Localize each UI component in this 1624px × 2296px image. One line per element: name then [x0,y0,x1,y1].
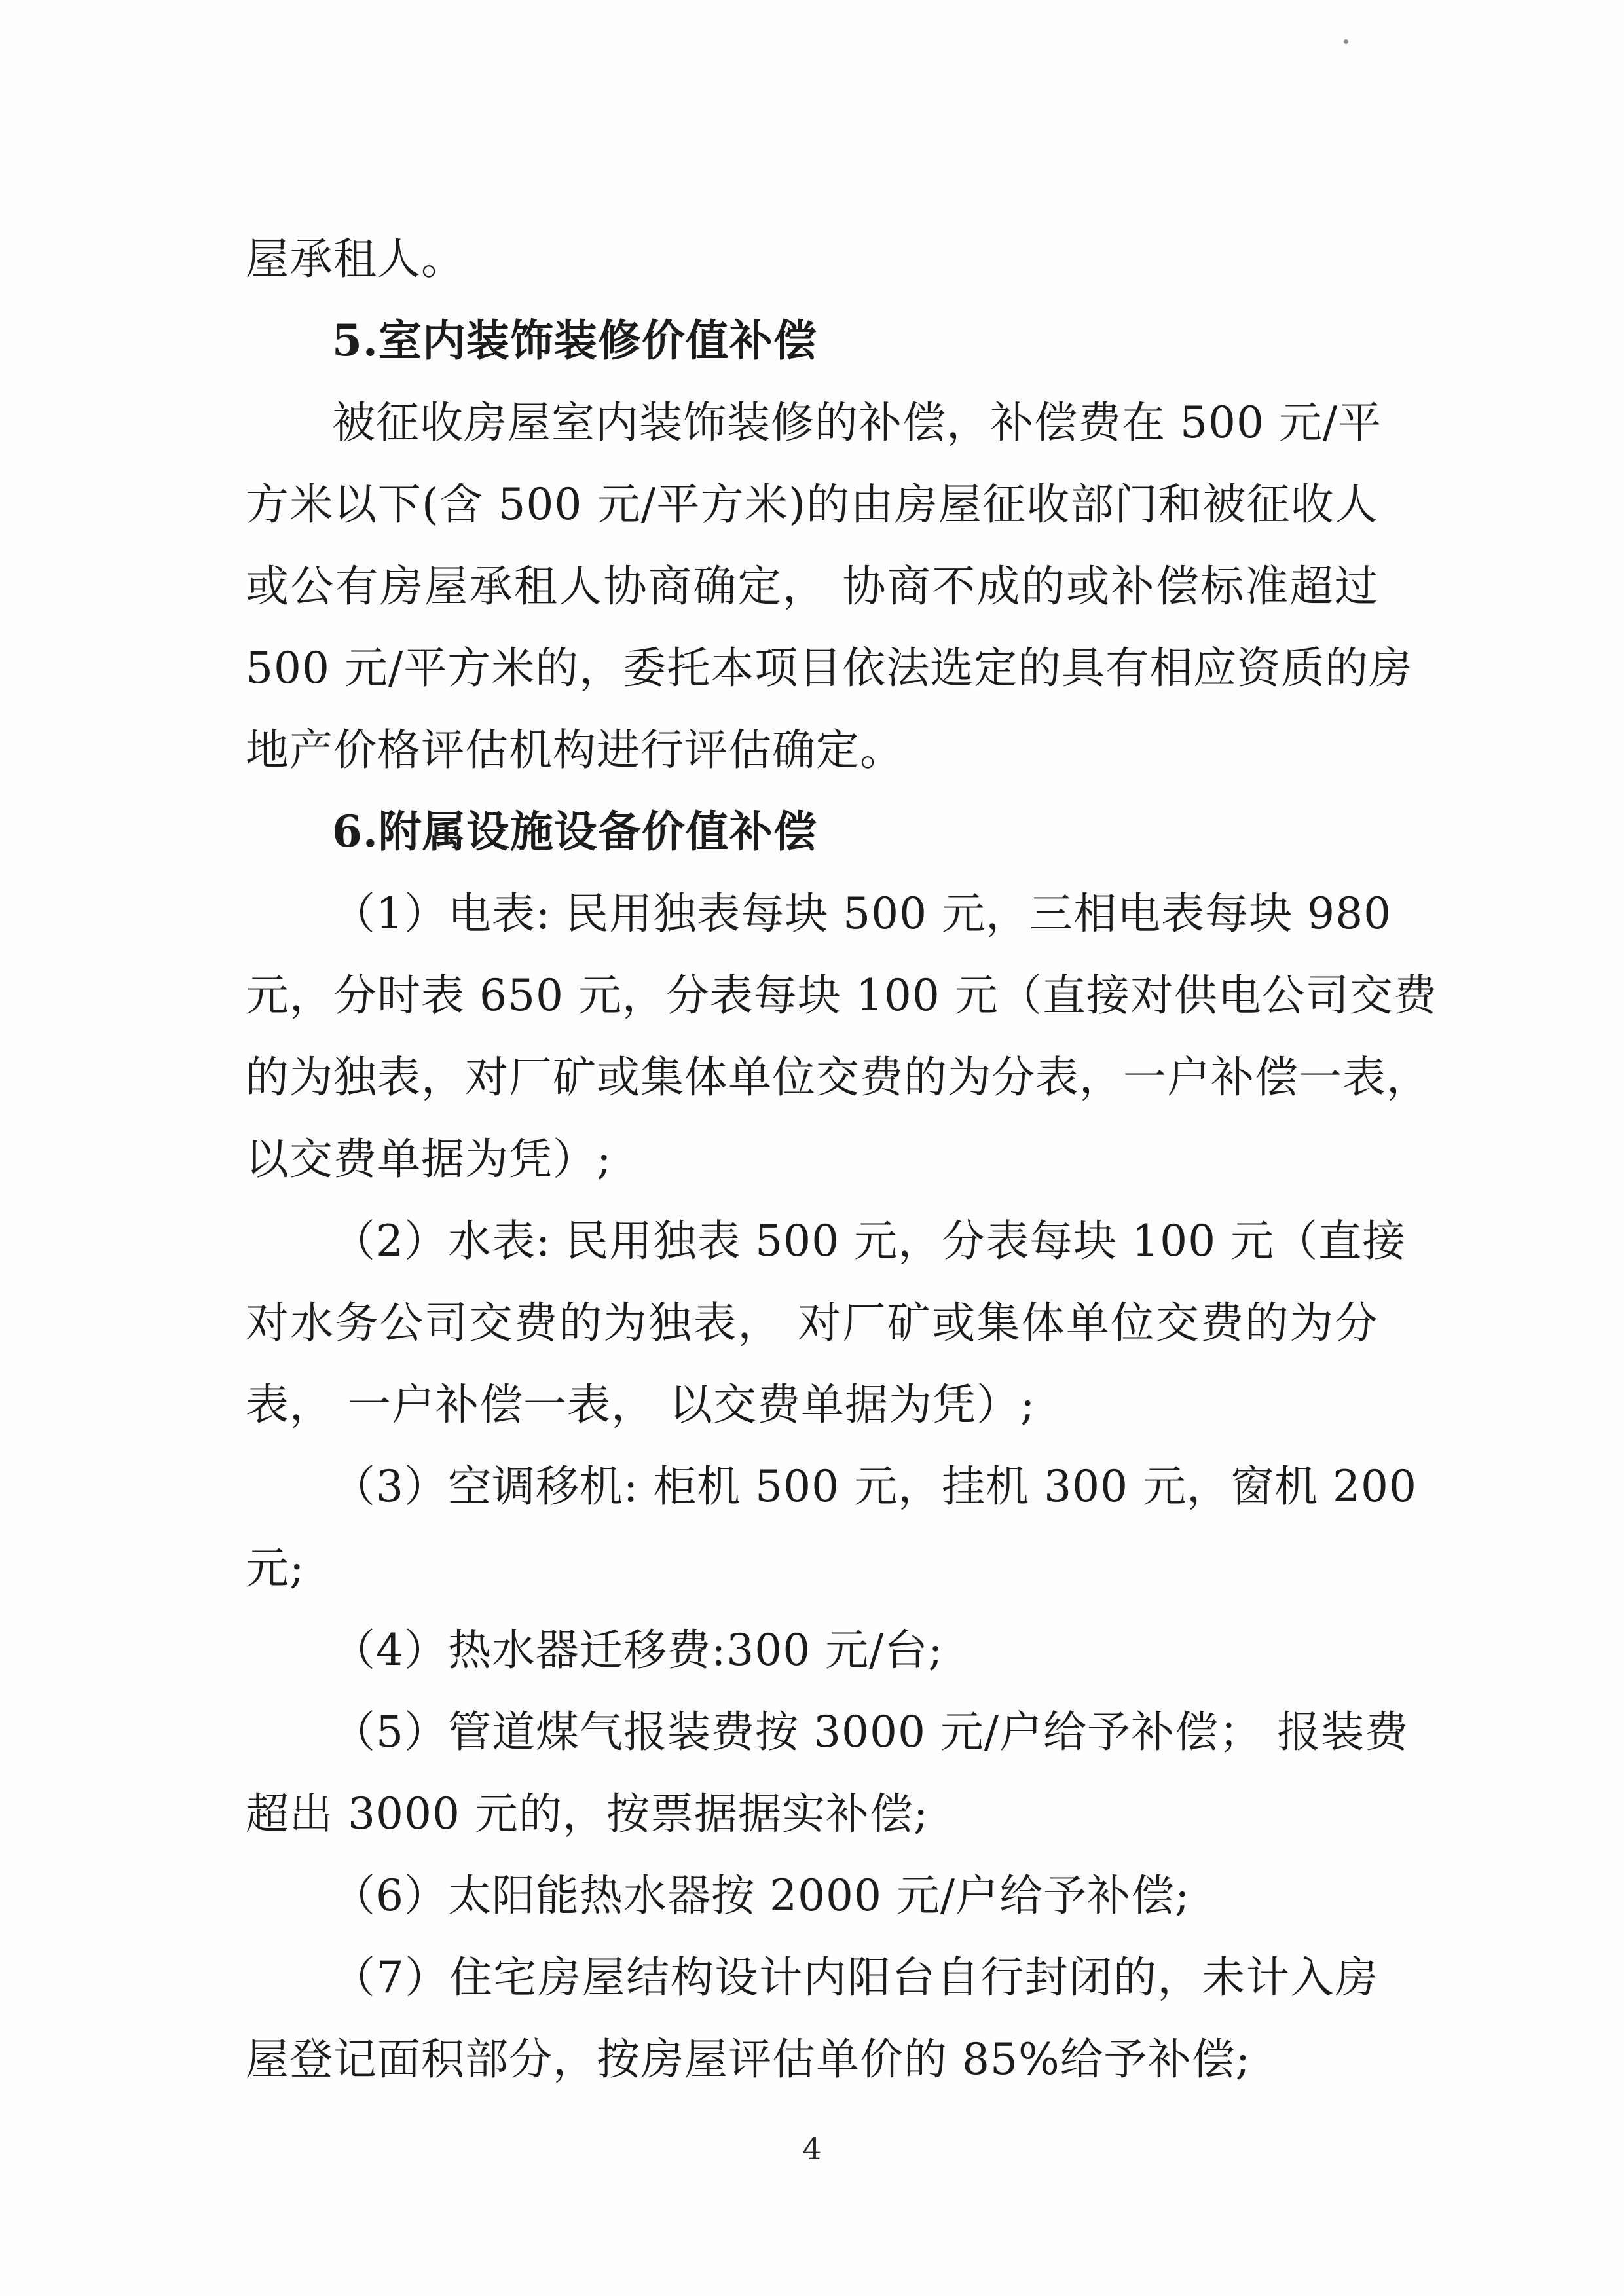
text-line: （3）空调移机: 柜机 500 元，挂机 300 元，窗机 200 [246,1446,1378,1527]
text-line: 表， 一户补偿一表， 以交费单据为凭）; [246,1364,1378,1446]
text-block: 屋承租人。5.室内装饰装修价值补偿被征收房屋室内装饰装修的补偿，补偿费在 500… [246,218,1378,2100]
section-heading: 6.附属设施设备价值补偿 [246,791,1378,873]
text-line: （5）管道煤气报装费按 3000 元/户给予补偿； 报装费 [246,1691,1378,1773]
text-line: （1）电表: 民用独表每块 500 元，三相电表每块 980 [246,873,1378,955]
text-line: （6）太阳能热水器按 2000 元/户给予补偿; [246,1855,1378,1937]
text-line: 的为独表，对厂矿或集体单位交费的为分表，一户补偿一表， [246,1036,1378,1118]
text-line: 500 元/平方米的，委托本项目依法选定的具有相应资质的房 [246,627,1378,709]
text-line: （2）水表: 民用独表 500 元，分表每块 100 元（直接 [246,1200,1378,1282]
text-line: 地产价格评估机构进行评估确定。 [246,709,1378,791]
text-line: （7）住宅房屋结构设计内阳台自行封闭的，未计入房 [246,1937,1378,2018]
text-line: 被征收房屋室内装饰装修的补偿，补偿费在 500 元/平 [246,382,1378,464]
scan-speck [1344,39,1348,44]
document-page: 屋承租人。5.室内装饰装修价值补偿被征收房屋室内装饰装修的补偿，补偿费在 500… [0,0,1624,2296]
text-line: （4）热水器迁移费:300 元/台; [246,1609,1378,1691]
text-line: 对水务公司交费的为独表， 对厂矿或集体单位交费的为分 [246,1282,1378,1364]
section-heading: 5.室内装饰装修价值补偿 [246,300,1378,382]
text-line: 屋登记面积部分，按房屋评估单价的 85%给予补偿; [246,2018,1378,2100]
text-line: 超出 3000 元的，按票据据实补偿; [246,1773,1378,1855]
text-line: 方米以下(含 500 元/平方米)的由房屋征收部门和被征收人 [246,464,1378,545]
text-line: 以交费单据为凭）; [246,1118,1378,1200]
text-line: 元，分时表 650 元，分表每块 100 元（直接对供电公司交费 [246,955,1378,1036]
page-number: 4 [0,2129,1624,2168]
text-line: 或公有房屋承租人协商确定， 协商不成的或补偿标准超过 [246,545,1378,627]
text-line: 元; [246,1527,1378,1609]
text-line: 屋承租人。 [246,218,1378,300]
